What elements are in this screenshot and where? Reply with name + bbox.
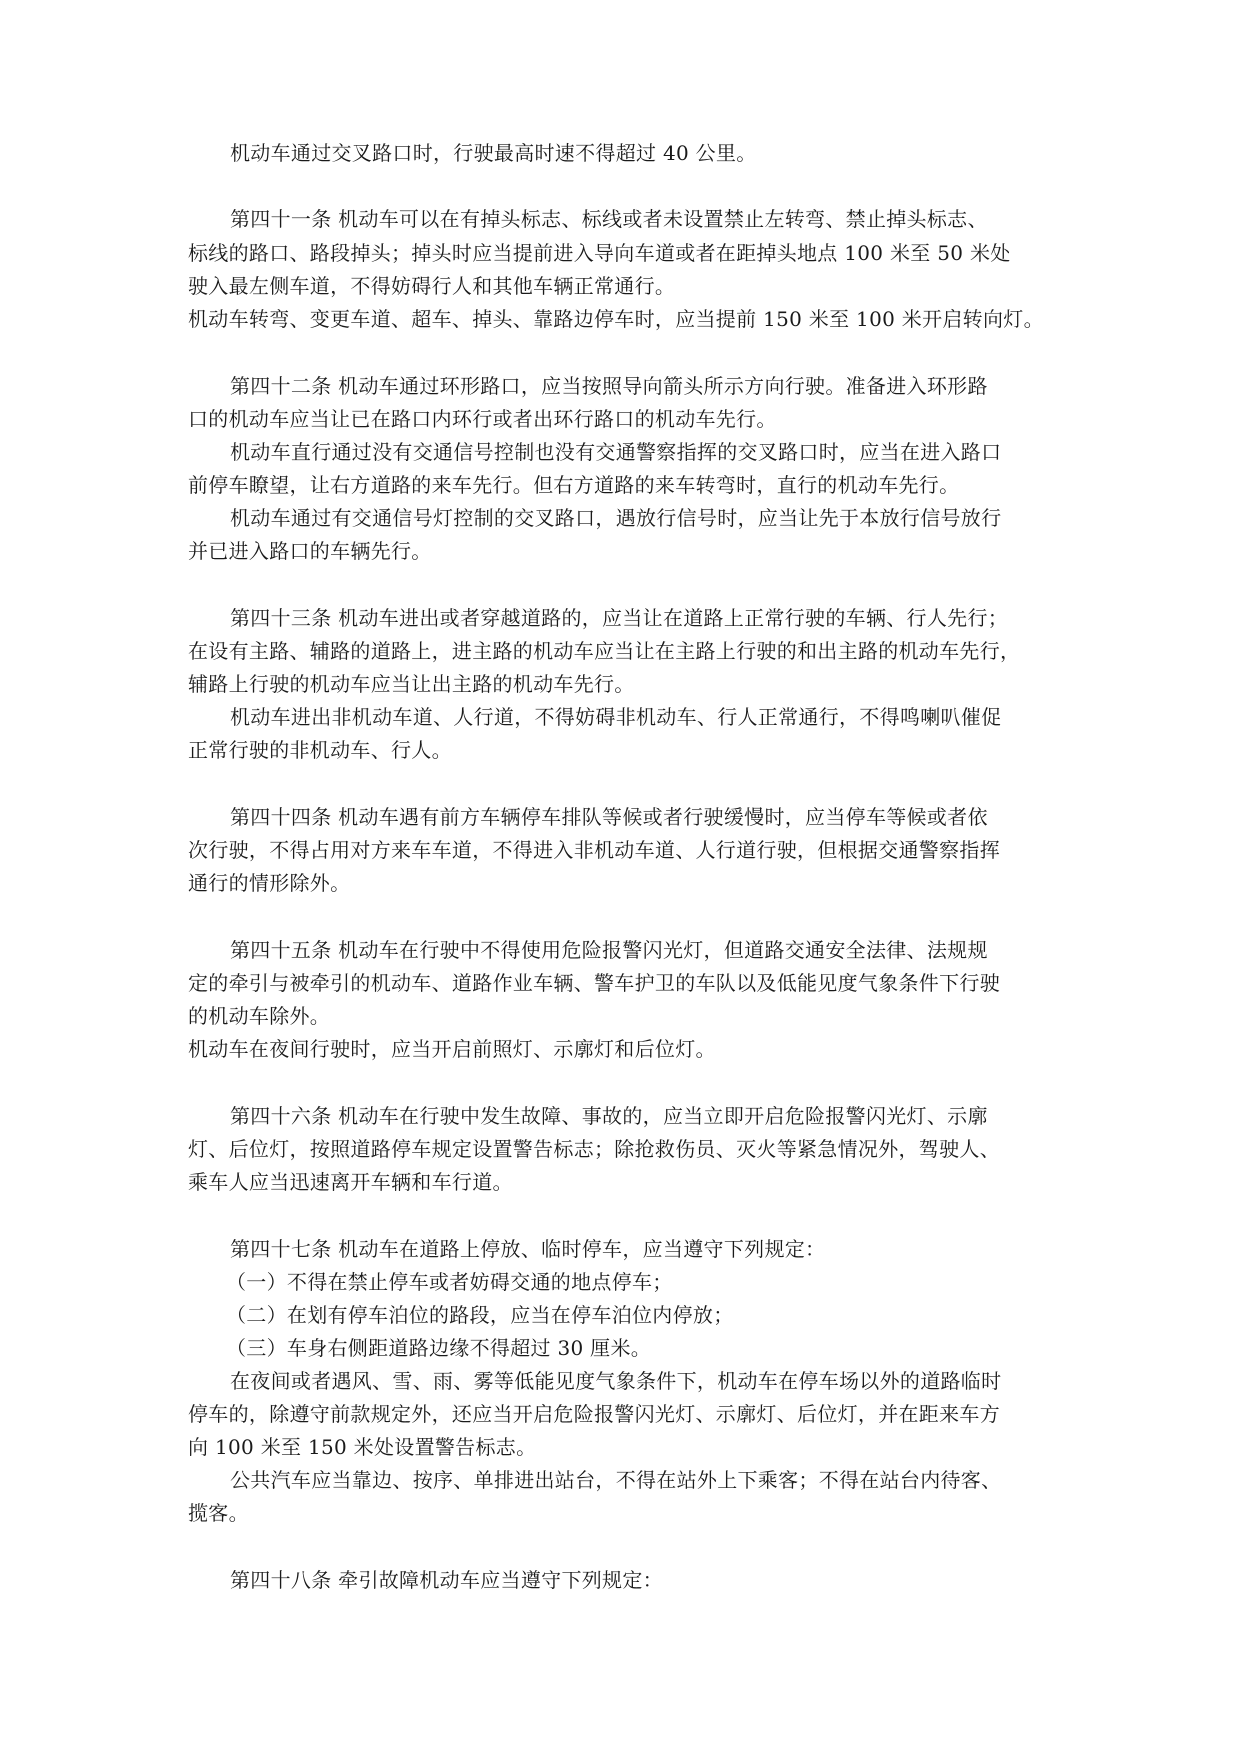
text-line: 机动车直行通过没有交通信号控制也没有交通警察指挥的交叉路口时，应当在进入路口 <box>230 440 1001 464</box>
text-line: 驶入最左侧车道，不得妨碍行人和其他车辆正常通行。 <box>188 274 675 298</box>
text-line: 机动车进出非机动车道、人行道，不得妨碍非机动车、行人正常通行，不得鸣喇叭催促 <box>230 705 1001 729</box>
text-line: （三）车身右侧距道路边缘不得超过 30 厘米。 <box>226 1336 651 1360</box>
text-line: 在设有主路、辅路的道路上，进主路的机动车应当让在主路上行驶的和出主路的机动车先行… <box>188 639 1020 663</box>
text-line: 在夜间或者遇风、雪、雨、雾等低能见度气象条件下，机动车在停车场以外的道路临时 <box>230 1369 1001 1393</box>
text-line: 前停车瞭望，让右方道路的来车先行。但右方道路的来车转弯时，直行的机动车先行。 <box>188 473 959 497</box>
text-line: 机动车在夜间行驶时，应当开启前照灯、示廓灯和后位灯。 <box>188 1037 716 1061</box>
text-line: 口的机动车应当让已在路口内环行或者出环行路口的机动车先行。 <box>188 407 777 431</box>
text-line: 标线的路口、路段掉头；掉头时应当提前进入导向车道或者在距掉头地点 100 米至 … <box>188 241 1011 265</box>
text-line: 公共汽车应当靠边、按序、单排进出站台，不得在站外上下乘客；不得在站台内待客、 <box>230 1468 1001 1492</box>
text-line: 并已进入路口的车辆先行。 <box>188 539 432 563</box>
text-line: 机动车转弯、变更车道、超车、掉头、靠路边停车时，应当提前 150 米至 100 … <box>188 307 1044 331</box>
text-line: 灯、后位灯，按照道路停车规定设置警告标志；除抢救伤员、灭火等紧急情况外，驾驶人、 <box>188 1137 1000 1161</box>
text-line: 第四十六条 机动车在行驶中发生故障、事故的，应当立即开启危险报警闪光灯、示廓 <box>230 1104 988 1128</box>
text-line: 停车的，除遵守前款规定外，还应当开启危险报警闪光灯、示廓灯、后位灯，并在距来车方 <box>188 1402 1000 1426</box>
text-line: （二）在划有停车泊位的路段，应当在停车泊位内停放； <box>226 1303 734 1327</box>
text-line: 第四十五条 机动车在行驶中不得使用危险报警闪光灯，但道路交通安全法律、法规规 <box>230 938 988 962</box>
text-line: 向 100 米至 150 米处设置警告标志。 <box>188 1435 536 1459</box>
text-line: 机动车通过交叉路口时，行驶最高时速不得超过 40 公里。 <box>230 141 757 165</box>
text-line: 揽客。 <box>188 1501 249 1525</box>
text-line: 的机动车除外。 <box>188 1004 330 1028</box>
text-line: 机动车通过有交通信号灯控制的交叉路口，遇放行信号时，应当让先于本放行信号放行 <box>230 506 1001 530</box>
text-line: 次行驶，不得占用对方来车车道，不得进入非机动车道、人行道行驶，但根据交通警察指挥 <box>188 838 1000 862</box>
text-line: 第四十三条 机动车进出或者穿越道路的，应当让在道路上正常行驶的车辆、行人先行； <box>230 606 1008 630</box>
text-line: 第四十四条 机动车遇有前方车辆停车排队等候或者行驶缓慢时，应当停车等候或者依 <box>230 805 988 829</box>
text-line: 第四十七条 机动车在道路上停放、临时停车，应当遵守下列规定： <box>230 1237 825 1261</box>
text-line: 乘车人应当迅速离开车辆和车行道。 <box>188 1170 513 1194</box>
text-line: 第四十一条 机动车可以在有掉头标志、标线或者未设置禁止左转弯、禁止掉头标志、 <box>230 207 988 231</box>
text-line: 定的牵引与被牵引的机动车、道路作业车辆、警车护卫的车队以及低能见度气象条件下行驶 <box>188 971 1000 995</box>
text-line: 辅路上行驶的机动车应当让出主路的机动车先行。 <box>188 672 635 696</box>
text-line: 第四十二条 机动车通过环形路口，应当按照导向箭头所示方向行驶。准备进入环形路 <box>230 374 988 398</box>
text-line: （一）不得在禁止停车或者妨碍交通的地点停车； <box>226 1270 673 1294</box>
text-line: 通行的情形除外。 <box>188 871 350 895</box>
text-line: 第四十八条 牵引故障机动车应当遵守下列规定： <box>230 1568 663 1592</box>
text-line: 正常行驶的非机动车、行人。 <box>188 738 452 762</box>
